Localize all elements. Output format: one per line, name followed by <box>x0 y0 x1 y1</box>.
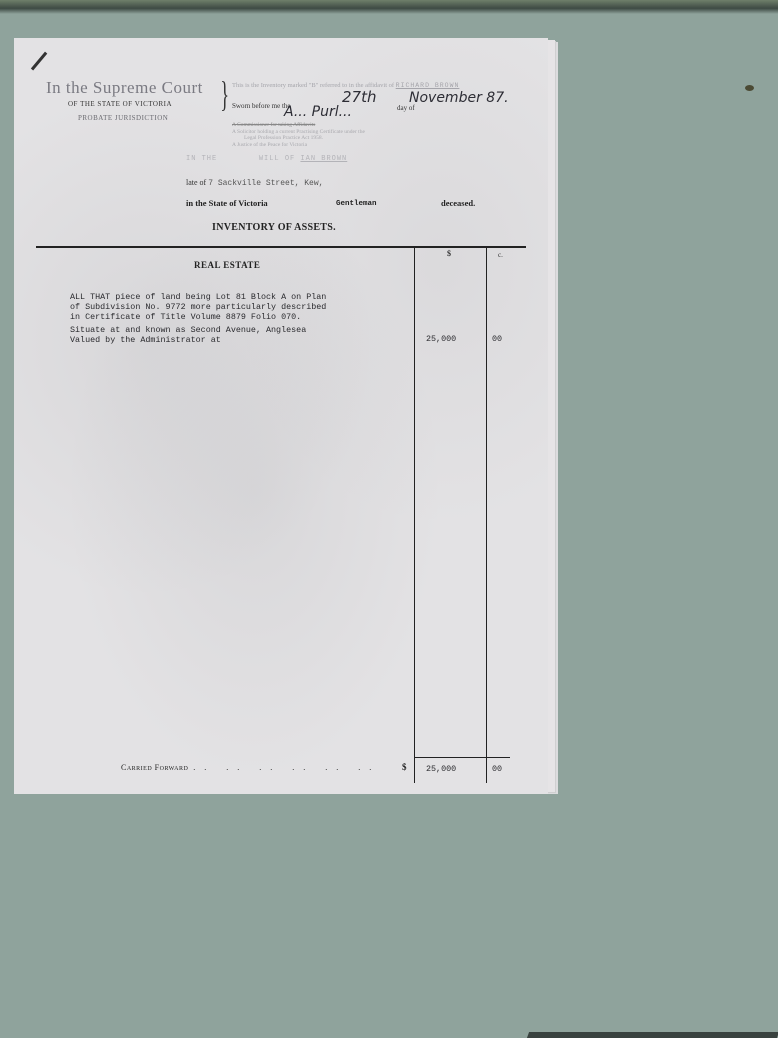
inventory-document: In the Supreme Court OF THE STATE OF VIC… <box>14 38 548 794</box>
handwritten-month-year: November 87. <box>409 90 509 106</box>
total-rule-dollars <box>414 757 486 758</box>
deceased-occupation: Gentleman <box>336 200 377 208</box>
description-line: Valued by the Administrator at <box>70 335 326 345</box>
asset-description: ALL THAT piece of land being Lot 81 Bloc… <box>70 292 326 345</box>
court-title: In the Supreme Court <box>46 78 203 98</box>
description-line: in Certificate of Title Volume 8879 Foli… <box>70 312 326 322</box>
carried-forward-cents: 00 <box>492 764 502 774</box>
court-state: OF THE STATE OF VICTORIA <box>68 100 172 108</box>
state-line: in the State of Victoria Gentleman decea… <box>186 198 268 208</box>
state-label: in the State of Victoria <box>186 198 268 208</box>
carried-forward-label: Carried Forward <box>121 763 188 772</box>
background-speck <box>745 85 754 91</box>
cents-column-rule <box>486 248 487 783</box>
scanner-top-edge <box>0 0 778 14</box>
deceased-name: IAN BROWN <box>300 155 347 163</box>
total-rule-cents <box>486 757 510 758</box>
sworn-label: Sworn before me the <box>232 102 291 110</box>
scanner-bottom-edge <box>527 1032 778 1038</box>
will-text: WILL OF <box>259 155 295 163</box>
description-line: ALL THAT piece of land being Lot 81 Bloc… <box>70 292 326 302</box>
late-of-line: late of 7 Sackville Street, Kew, <box>186 178 323 188</box>
commissioner-line: A Justice of the Peace for Victoria <box>232 142 472 149</box>
leader-dots: .. .. .. .. .. .. <box>193 763 380 772</box>
will-prefix: IN THE <box>186 155 217 163</box>
dollars-column-header: $ <box>447 249 451 258</box>
court-jurisdiction: PROBATE JURISDICTION <box>78 114 168 122</box>
deceased-address: 7 Sackville Street, Kew, <box>208 179 323 188</box>
will-line: IN THE WILL OF IAN BROWN <box>186 155 347 163</box>
brace-glyph: } <box>220 76 229 112</box>
carried-forward-currency: $ <box>402 762 407 772</box>
description-line: Situate at and known as Second Avenue, A… <box>70 325 326 335</box>
dollars-column-rule <box>414 248 415 783</box>
commissioner-options: A Commissioner for taking Affidavits A S… <box>232 122 472 148</box>
section-title-real-estate: REAL ESTATE <box>194 260 260 270</box>
cents-column-header: c. <box>498 251 503 259</box>
pen-slash-mark <box>31 52 47 71</box>
inventory-heading: INVENTORY OF ASSETS. <box>212 222 336 233</box>
deponent-name: RICHARD BROWN <box>396 82 460 89</box>
late-of-label: late of <box>186 178 206 187</box>
handwritten-signature: A... Purl... <box>284 104 352 120</box>
asset-dollars: 25,000 <box>426 334 456 344</box>
carried-forward-dollars: 25,000 <box>426 764 456 774</box>
description-line: of Subdivision No. 9772 more particularl… <box>70 302 326 312</box>
asset-cents: 00 <box>492 334 502 344</box>
heading-rule <box>36 246 526 248</box>
deceased-status: deceased. <box>441 198 475 208</box>
carried-forward-line: Carried Forward .. .. .. .. .. .. <box>121 763 380 772</box>
